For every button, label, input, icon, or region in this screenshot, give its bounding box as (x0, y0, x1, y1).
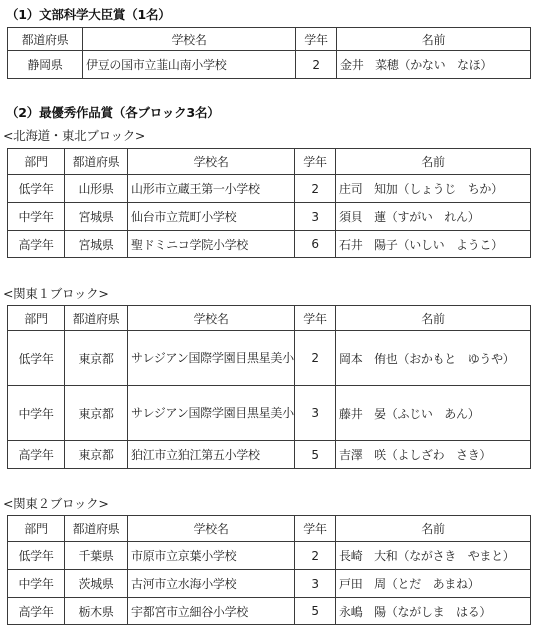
section1-heading: （1）文部科学大臣賞（1名） (6, 5, 171, 23)
column-header-school: 学校名 (128, 306, 295, 331)
school-cell: 聖ドミニコ学院小学校 (128, 231, 295, 258)
column-header-grade: 学年 (295, 306, 336, 331)
prefecture-cell: 宮城県 (65, 231, 128, 258)
column-header-division: 部門 (8, 149, 65, 175)
name-cell: 金井 菜穂（かない なほ） (337, 51, 531, 79)
name-cell: 戸田 周（とだ あまね） (336, 570, 531, 598)
name-cell: 庄司 知加（しょうじ ちか） (336, 175, 531, 203)
column-header-division: 部門 (8, 306, 65, 331)
prefecture-cell: 茨城県 (65, 570, 128, 598)
table-row: 中学年 宮城県 仙台市立荒町小学校 3 須貝 蓮（すがい れん） (8, 203, 531, 231)
grade-cell: 6 (295, 231, 336, 258)
division-cell: 高学年 (8, 598, 65, 625)
table-row: 高学年 東京都 狛江市立狛江第五小学校 5 吉澤 咲（よしざわ さき） (8, 441, 531, 469)
table-row: 中学年 東京都 サレジアン国際学園目黒星美小学校 3 藤井 晏（ふじい あん） (8, 386, 531, 441)
minister-award-table: 都道府県 学校名 学年 名前 静岡県 伊豆の国市立韮山南小学校 2 金井 菜穂（… (7, 27, 531, 79)
division-cell: 中学年 (8, 203, 65, 231)
name-cell: 吉澤 咲（よしざわ さき） (336, 441, 531, 469)
hokkaido-tohoku-table: 部門 都道府県 学校名 学年 名前 低学年 山形県 山形市立蔵王第一小学校 2 … (7, 148, 531, 258)
table-row: 低学年 山形県 山形市立蔵王第一小学校 2 庄司 知加（しょうじ ちか） (8, 175, 531, 203)
name-cell: 岡本 侑也（おかもと ゆうや） (336, 331, 531, 386)
column-header-name: 名前 (336, 149, 531, 175)
column-header-prefecture: 都道府県 (65, 306, 128, 331)
table-header-row: 部門 都道府県 学校名 学年 名前 (8, 516, 531, 542)
column-header-grade: 学年 (295, 516, 336, 542)
grade-cell: 5 (295, 598, 336, 625)
table-row: 低学年 東京都 サレジアン国際学園目黒星美小学校 2 岡本 侑也（おかもと ゆう… (8, 331, 531, 386)
grade-cell: 2 (295, 542, 336, 570)
column-header-school: 学校名 (83, 28, 296, 51)
prefecture-cell: 宮城県 (65, 203, 128, 231)
school-cell: 山形市立蔵王第一小学校 (128, 175, 295, 203)
table-row: 低学年 千葉県 市原市立京葉小学校 2 長崎 大和（ながさき やまと） (8, 542, 531, 570)
division-cell: 低学年 (8, 175, 65, 203)
name-cell: 永嶋 陽（ながしま はる） (336, 598, 531, 625)
table-row: 高学年 宮城県 聖ドミニコ学院小学校 6 石井 陽子（いしい ようこ） (8, 231, 531, 258)
table-row: 中学年 茨城県 古河市立水海小学校 3 戸田 周（とだ あまね） (8, 570, 531, 598)
prefecture-cell: 静岡県 (8, 51, 83, 79)
kanto2-table: 部門 都道府県 学校名 学年 名前 低学年 千葉県 市原市立京葉小学校 2 長崎… (7, 515, 531, 625)
block-label-hokkaido-tohoku: <北海道・東北ブロック> (3, 126, 145, 144)
name-cell: 長崎 大和（ながさき やまと） (336, 542, 531, 570)
division-cell: 中学年 (8, 386, 65, 441)
table-row: 高学年 栃木県 宇都宮市立細谷小学校 5 永嶋 陽（ながしま はる） (8, 598, 531, 625)
column-header-grade: 学年 (295, 149, 336, 175)
school-cell: 狛江市立狛江第五小学校 (128, 441, 295, 469)
block-label-kanto2: <関東２ブロック> (3, 494, 109, 512)
name-cell: 石井 陽子（いしい ようこ） (336, 231, 531, 258)
column-header-prefecture: 都道府県 (65, 149, 128, 175)
grade-cell: 2 (295, 331, 336, 386)
school-cell: 古河市立水海小学校 (128, 570, 295, 598)
division-cell: 中学年 (8, 570, 65, 598)
column-header-name: 名前 (337, 28, 531, 51)
grade-cell: 2 (295, 175, 336, 203)
prefecture-cell: 栃木県 (65, 598, 128, 625)
block-label-kanto1: <関東１ブロック> (3, 284, 109, 302)
name-cell: 藤井 晏（ふじい あん） (336, 386, 531, 441)
table-header-row: 部門 都道府県 学校名 学年 名前 (8, 306, 531, 331)
school-cell: 仙台市立荒町小学校 (128, 203, 295, 231)
school-cell: サレジアン国際学園目黒星美小学校 (128, 331, 295, 386)
school-cell: 市原市立京葉小学校 (128, 542, 295, 570)
grade-cell: 5 (295, 441, 336, 469)
table-row: 静岡県 伊豆の国市立韮山南小学校 2 金井 菜穂（かない なほ） (8, 51, 531, 79)
column-header-name: 名前 (336, 516, 531, 542)
prefecture-cell: 千葉県 (65, 542, 128, 570)
column-header-school: 学校名 (128, 516, 295, 542)
kanto1-table: 部門 都道府県 学校名 学年 名前 低学年 東京都 サレジアン国際学園目黒星美小… (7, 305, 531, 469)
column-header-name: 名前 (336, 306, 531, 331)
prefecture-cell: 東京都 (65, 386, 128, 441)
school-cell: サレジアン国際学園目黒星美小学校 (128, 386, 295, 441)
grade-cell: 3 (295, 386, 336, 441)
division-cell: 低学年 (8, 331, 65, 386)
name-cell: 須貝 蓮（すがい れん） (336, 203, 531, 231)
division-cell: 低学年 (8, 542, 65, 570)
column-header-grade: 学年 (296, 28, 337, 51)
prefecture-cell: 山形県 (65, 175, 128, 203)
column-header-prefecture: 都道府県 (65, 516, 128, 542)
table-header-row: 都道府県 学校名 学年 名前 (8, 28, 531, 51)
division-cell: 高学年 (8, 441, 65, 469)
school-cell: 伊豆の国市立韮山南小学校 (83, 51, 296, 79)
column-header-division: 部門 (8, 516, 65, 542)
grade-cell: 3 (295, 570, 336, 598)
prefecture-cell: 東京都 (65, 331, 128, 386)
division-cell: 高学年 (8, 231, 65, 258)
section2-heading: （2）最優秀作品賞（各ブロック3名） (6, 103, 220, 121)
school-cell: 宇都宮市立細谷小学校 (128, 598, 295, 625)
table-header-row: 部門 都道府県 学校名 学年 名前 (8, 149, 531, 175)
column-header-school: 学校名 (128, 149, 295, 175)
column-header-prefecture: 都道府県 (8, 28, 83, 51)
prefecture-cell: 東京都 (65, 441, 128, 469)
grade-cell: 3 (295, 203, 336, 231)
grade-cell: 2 (296, 51, 337, 79)
